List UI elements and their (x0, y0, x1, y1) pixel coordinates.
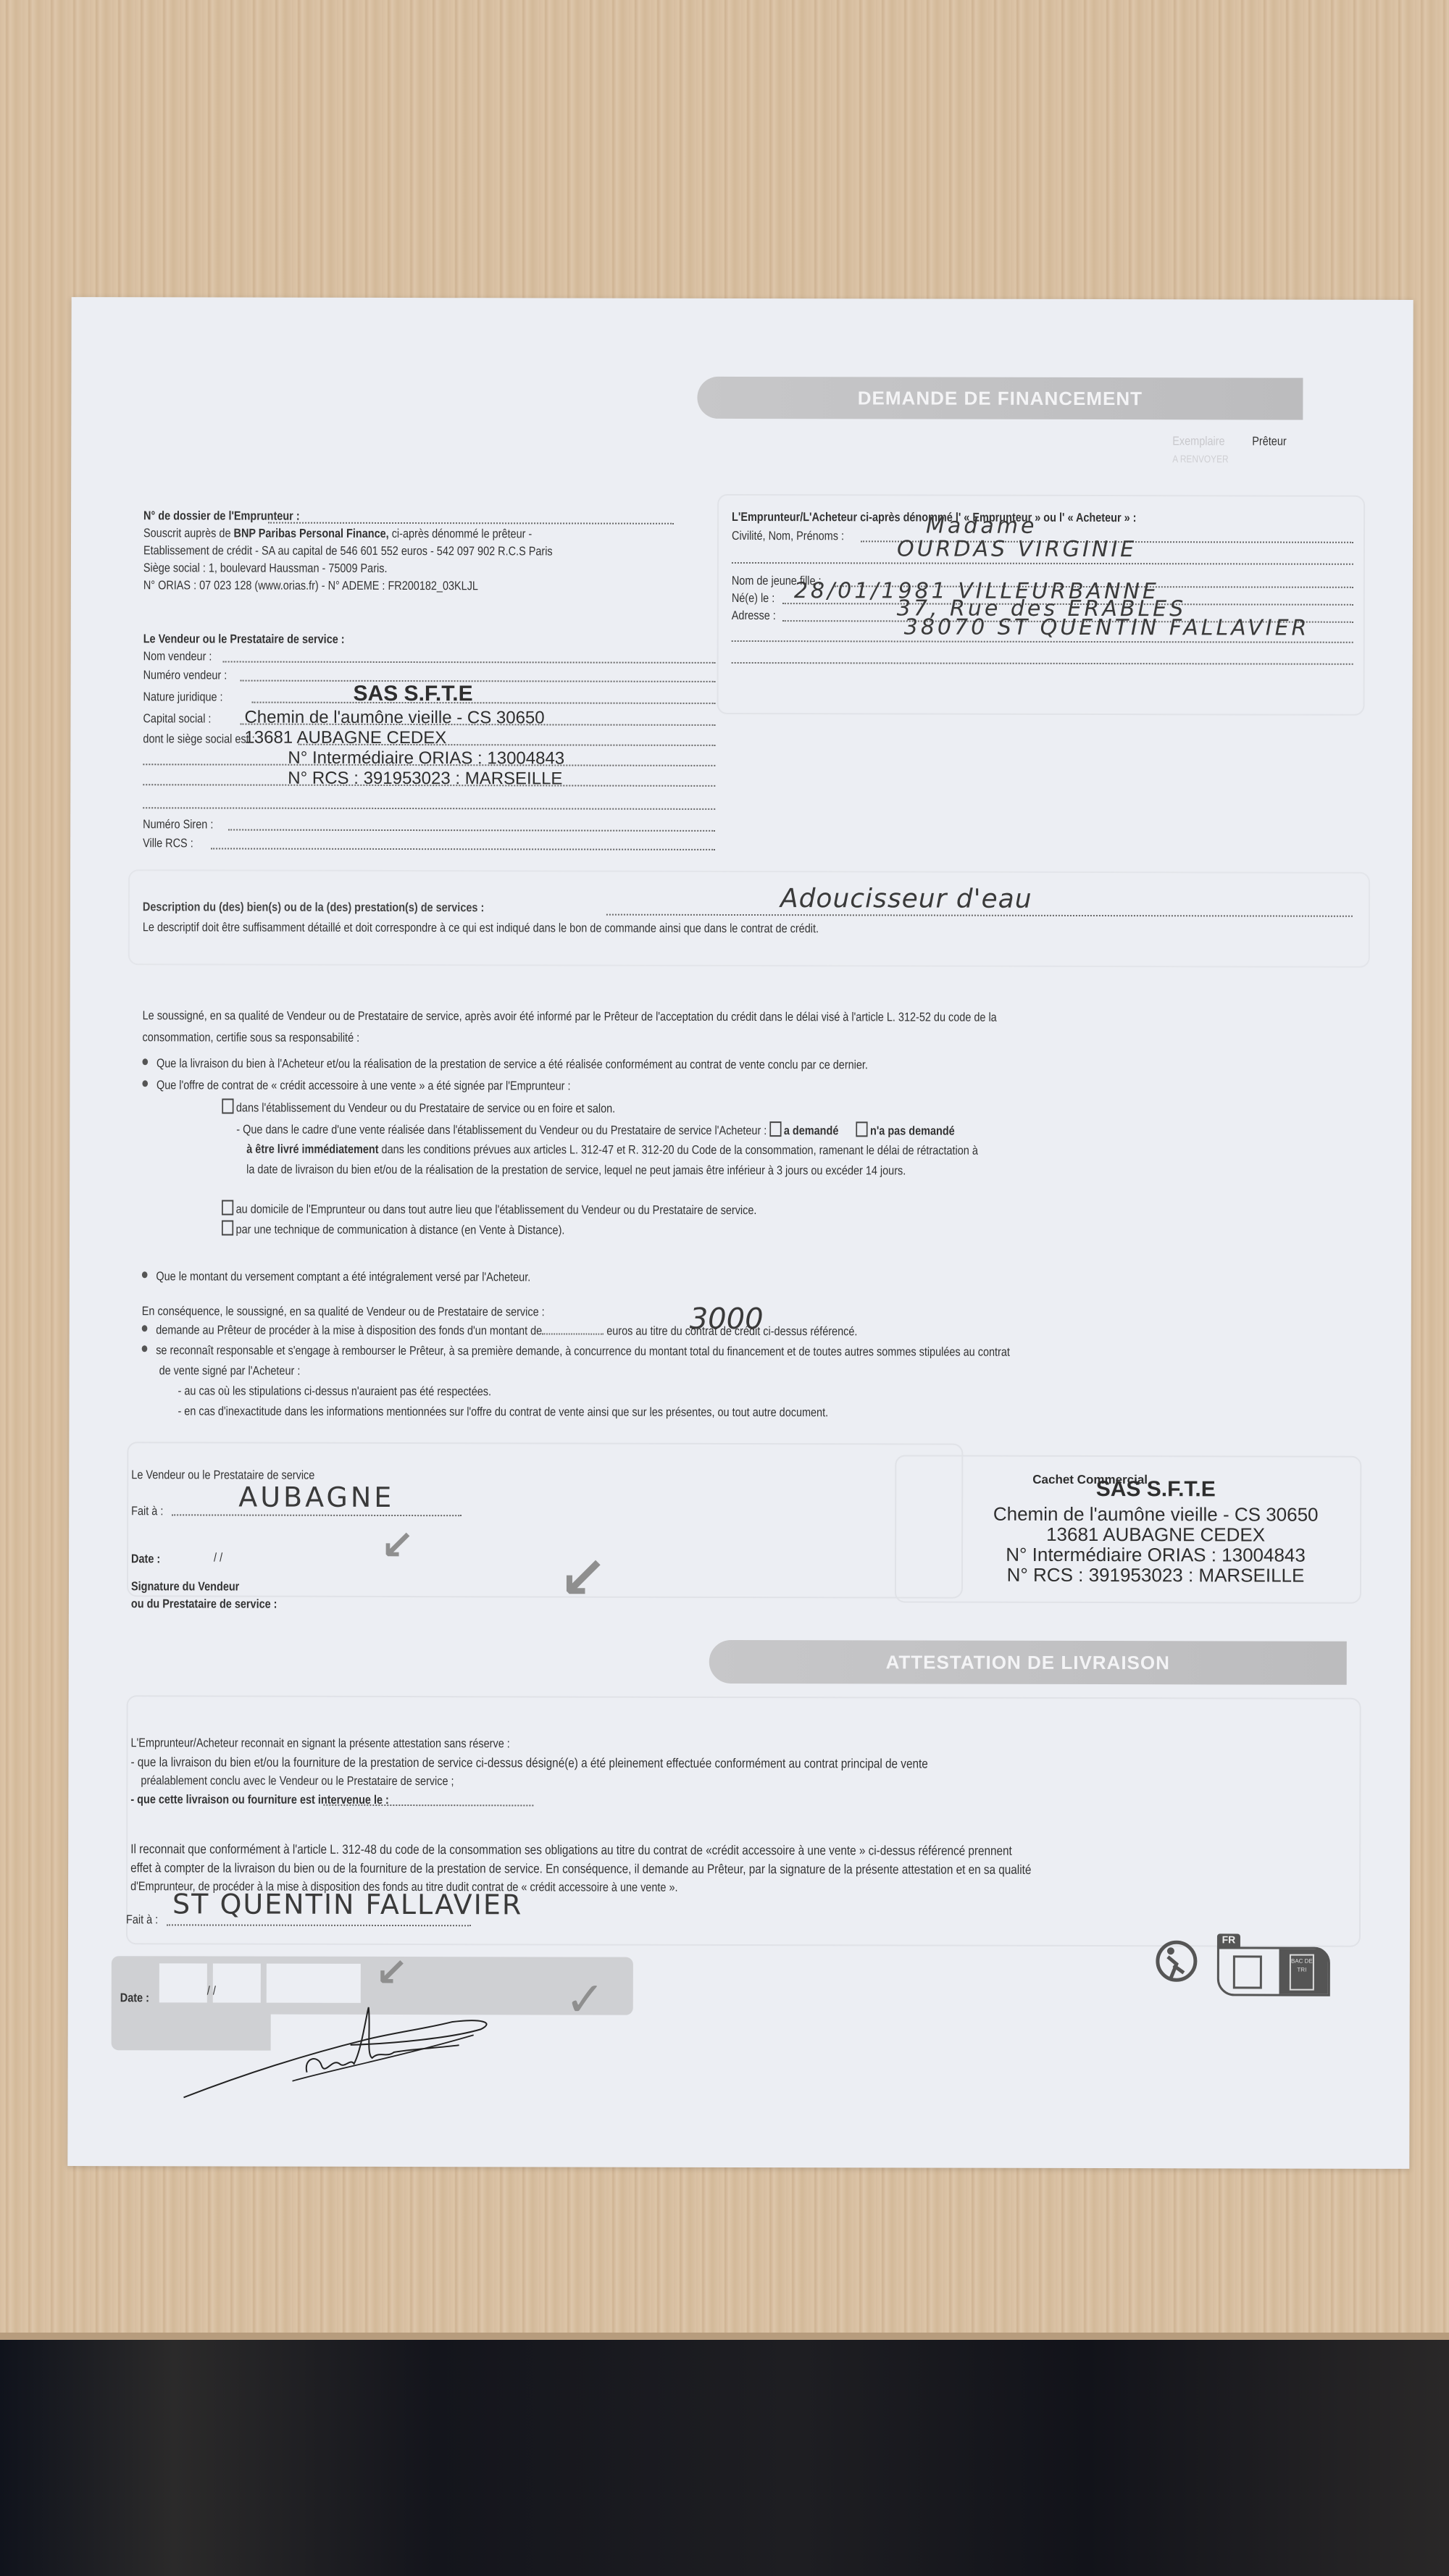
description-label: Description du (des) bien(s) ou de la (d… (143, 898, 484, 916)
attestation-title: ATTESTATION DE LIVRAISON (886, 1651, 1170, 1674)
description-value[interactable]: Adoucisseur d'eau (780, 884, 1032, 914)
attestation-para-2: effet à compter de la livraison du bien … (130, 1859, 1031, 1878)
certification-intro-1: Le soussigné, en sa qualité de Vendeur o… (143, 1007, 997, 1026)
vendor-field-label: Numéro Siren : (143, 816, 213, 833)
certification-bullet-1: Que la livraison du bien à l'Acheteur et… (142, 1055, 868, 1074)
svg-text:Ourdas: Ourdas (358, 2069, 361, 2070)
document-title: DEMANDE DE FINANCEMENT (858, 387, 1143, 410)
checkbox-etablissement[interactable] (222, 1099, 233, 1114)
consequence-case-2: - en cas d'inexactitude dans les informa… (178, 1402, 828, 1421)
vendor-field-row: Numéro Siren : (72, 297, 1413, 300)
vendor-signature-field[interactable] (489, 1515, 699, 1624)
date-year-box[interactable] (267, 1964, 361, 2003)
table-edge (0, 2333, 1449, 2340)
date-month-box[interactable] (213, 1963, 261, 2002)
attestation-item-2: - que cette livraison ou fourniture est … (130, 1791, 389, 1809)
civilite-label: Civilité, Nom, Prénoms : (732, 527, 844, 545)
vendor-date-label: Date : (131, 1550, 160, 1568)
consequence-engage-1: se reconnaît responsable et s'engage à r… (142, 1342, 1010, 1361)
vendor-field-input[interactable] (223, 661, 716, 664)
vendor-field-row: N° RCS : 391953023 : MARSEILLE (72, 297, 1413, 300)
adresse-value-2[interactable]: 38070 ST QUENTIN FALLAVIER (904, 614, 1310, 640)
vendor-fait-label: Fait à : (131, 1502, 163, 1520)
certification-intro-2: consommation, certifie sous sa responsab… (143, 1029, 360, 1047)
checkbox-a-demande[interactable] (769, 1121, 781, 1137)
borrower-signature[interactable]: Ourdas (176, 1999, 538, 2116)
triman-bin-icon: FR BAC DE TRI (1217, 1933, 1333, 1993)
vendor-field-label: Nom vendeur : (143, 648, 212, 665)
lender-line-2: Etablissement de crédit - SA au capital … (143, 542, 553, 560)
arrow-down-left-icon: ↙ (375, 1949, 408, 1995)
vendor-field-label: Nature juridique : (143, 688, 223, 706)
vendor-field-label: Numéro vendeur : (143, 666, 227, 684)
lender-line-1: Souscrit auprès de BNP Paribas Personal … (143, 524, 532, 543)
attestation-date-value[interactable]: / / (207, 1982, 216, 1999)
amount-value[interactable]: 3000 (690, 1302, 764, 1336)
sub-clause-1: - Que dans le cadre d'une vente réalisée… (236, 1121, 954, 1140)
vendor-field-row: Nature juridique :SAS S.F.T.E (72, 297, 1413, 300)
vendor-field-row: Nom vendeur : (72, 297, 1413, 300)
checkbox-na-pas-demande[interactable] (856, 1121, 867, 1137)
attestation-fait-value[interactable]: ST QUENTIN FALLAVIER (172, 1888, 522, 1920)
sub-clause-3: la date de livraison du bien et/ou de la… (246, 1161, 906, 1180)
stamp-line: SAS S.F.T.E (902, 1476, 1409, 1502)
exemplaire-value: Prêteur (1252, 432, 1286, 450)
attestation-fait-label: Fait à : (126, 1911, 158, 1928)
certification-bullet-2: Que l'offre de contrat de « crédit acces… (142, 1076, 570, 1095)
vendor-field-row: N° Intermédiaire ORIAS : 13004843 (72, 297, 1413, 300)
vendor-heading: Le Vendeur ou le Prestataire de service … (143, 630, 345, 648)
consequence-engage-2: de vente signé par l'Acheteur : (159, 1362, 301, 1379)
certification-bullet-3: Que le montant du versement comptant a é… (142, 1268, 530, 1286)
vendor-field-value: SAS S.F.T.E (354, 682, 473, 706)
vendor-field-value: 13681 AUBAGNE CEDEX (244, 728, 446, 749)
adresse-label: Adresse : (732, 607, 776, 624)
borrower-name-value[interactable]: OURDAS VIRGINIE (897, 536, 1137, 562)
date-day-box[interactable] (159, 1963, 207, 2002)
vendor-field-label: Capital social : (143, 710, 211, 727)
vendor-date-value[interactable]: / / (214, 1549, 222, 1566)
vendor-fields: Nom vendeur :Numéro vendeur :Nature juri… (72, 297, 1413, 300)
vendor-field-row (72, 297, 1413, 300)
description-note: Le descriptif doit être suffisamment dét… (143, 919, 819, 937)
vendor-field-value: Chemin de l'aumône vieille - CS 30650 (244, 708, 544, 729)
vendor-field-row: Numéro vendeur : (72, 297, 1413, 300)
vendor-fait-value[interactable]: AUBAGNE (238, 1481, 394, 1513)
checkbox-domicile[interactable] (222, 1200, 233, 1216)
recycling-person-icon (1155, 1935, 1198, 1986)
checkbox-distance[interactable] (222, 1221, 233, 1236)
naissance-label: Né(e) le : (732, 590, 774, 607)
option-domicile: au domicile de l'Emprunteur ou dans tout… (222, 1200, 756, 1220)
renvoyer-label: A RENVOYER (1172, 450, 1228, 467)
option-distance: par une technique de communication à dis… (222, 1221, 564, 1239)
vendor-field-input[interactable] (241, 680, 716, 682)
vendor-signature-label-2: ou du Prestataire de service : (131, 1595, 277, 1613)
civilite-value[interactable]: Madame (926, 514, 1037, 539)
vendor-field-input[interactable] (143, 807, 715, 810)
attestation-intro: L'Emprunteur/Acheteur reconnait en signa… (130, 1734, 509, 1752)
dossier-field[interactable] (268, 522, 674, 524)
consequence-case-1: - au cas où les stipulations ci-dessus n… (178, 1382, 492, 1400)
arrow-down-left-icon: ↙ (380, 1522, 414, 1569)
floor-background (0, 2340, 1449, 2576)
vendor-field-input[interactable] (252, 702, 716, 704)
vendor-field-row: Capital social :Chemin de l'aumône vieil… (72, 297, 1413, 300)
vendor-field-row: dont le siège social est :13681 AUBAGNE … (72, 297, 1413, 300)
vendor-signature-label-1: Signature du Vendeur (131, 1578, 239, 1595)
attestation-item-1b: préalablement conclu avec le Vendeur ou … (141, 1772, 454, 1790)
vendor-field-value: N° Intermédiaire ORIAS : 13004843 (288, 748, 564, 769)
attestation-para-1: Il reconnait que conformément à l'articl… (130, 1840, 1012, 1860)
exemplaire-label: Exemplaire (1172, 432, 1224, 450)
header-band: DEMANDE DE FINANCEMENT (697, 377, 1303, 420)
document-page: DEMANDE DE FINANCEMENT Exemplaire Prêteu… (67, 297, 1413, 2169)
lender-line-4: N° ORIAS : 07 023 128 (www.orias.fr) - N… (143, 577, 478, 595)
vendor-field-input[interactable] (228, 829, 715, 832)
vendor-field-label: Ville RCS : (143, 835, 193, 852)
company-stamp: SAS S.F.T.EChemin de l'aumône vieille - … (72, 297, 1413, 300)
check-arrow-icon: ✓ (565, 1971, 605, 2027)
consequence-intro: En conséquence, le soussigné, en sa qual… (142, 1302, 545, 1321)
vendor-field-value: N° RCS : 391953023 : MARSEILLE (288, 769, 562, 790)
option-etablissement: dans l'établissement du Vendeur ou du Pr… (222, 1099, 615, 1118)
attestation-band: ATTESTATION DE LIVRAISON (709, 1640, 1347, 1685)
lender-line-3: Siège social : 1, boulevard Haussman - 7… (143, 559, 388, 577)
stamp-line: N° RCS : 391953023 : MARSEILLE (902, 1563, 1409, 1586)
vendor-field-row: Ville RCS : (72, 297, 1413, 300)
sub-clause-2: à être livré immédiatement dans les cond… (246, 1141, 978, 1160)
attestation-item-1a: - que la livraison du bien et/ou la four… (130, 1753, 927, 1772)
vendor-field-input[interactable] (211, 848, 715, 850)
vendor-field-label: dont le siège social est : (143, 730, 254, 748)
attestation-date-label: Date : (120, 1989, 149, 2007)
